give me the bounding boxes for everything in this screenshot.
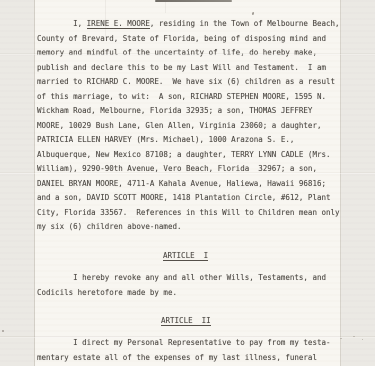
document-line: I direct my Personal Representative to p… [37, 336, 331, 351]
text-segment: County of Brevard, State of Florida, bei… [37, 34, 326, 43]
paragraph: I direct my Personal Representative to p… [37, 336, 331, 365]
document-line: I, IRENE E. MOORE, residing in the Town … [37, 17, 340, 32]
text-segment: and a son, DAVID SCOTT MOORE, 1418 Plant… [37, 193, 331, 202]
document-line: I hereby revoke any and all other Wills,… [37, 271, 326, 286]
scan-speck [2, 330, 4, 332]
paragraph: I hereby revoke any and all other Wills,… [37, 271, 326, 300]
text-segment: married to RICHARD C. MOORE. We have six… [37, 77, 335, 86]
scan-speck [340, 338, 342, 339]
document-line: Albuquerque, New Mexico 87108; a daughte… [37, 148, 340, 163]
document-line: married to RICHARD C. MOORE. We have six… [37, 75, 340, 90]
article-heading: ARTICLE I [163, 249, 208, 264]
document-line: DANIEL BRYAN MOORE, 4711-A Kahala Avenue… [37, 177, 340, 192]
underlined-name: IRENE E. MOORE [87, 19, 150, 29]
document-line: County of Brevard, State of Florida, bei… [37, 32, 340, 47]
document-line: of this marriage, to wit: A son, RICHARD… [37, 90, 340, 105]
text-segment: DANIEL BRYAN MOORE, 4711-A Kahala Avenue… [37, 179, 326, 188]
cutoff-title-underline [155, 0, 232, 2]
text-segment: Codicils heretofore made by me. [37, 288, 177, 297]
document-line: mentary estate all of the expenses of my… [37, 351, 331, 366]
document-line: William), 9290-90th Avenue, Vero Beach, … [37, 162, 340, 177]
text-segment: Albuquerque, New Mexico 87108; a daughte… [37, 150, 331, 159]
text-segment: , residing in the Town of Melbourne Beac… [150, 19, 340, 28]
fold-crease-vertical [165, 2, 166, 13]
document-line: Codicils heretofore made by me. [37, 286, 326, 301]
document-line: City, Florida 33567. References in this … [37, 206, 340, 221]
text-segment: PATRICIA ELLEN HARVEY (Mrs. Michael), 10… [37, 135, 294, 144]
text-segment: City, Florida 33567. References in this … [37, 208, 340, 217]
fold-crease-horizontal [0, 336, 375, 337]
article-heading-text: ARTICLE I [163, 251, 208, 261]
fold-crease-horizontal [0, 172, 375, 173]
text-segment: I direct my Personal Representative to p… [37, 338, 331, 347]
text-segment: Wickham Road, Melbourne, Florida 32935; … [37, 106, 312, 115]
document-line: and a son, DAVID SCOTT MOORE, 1418 Plant… [37, 191, 340, 206]
fold-crease-vertical [105, 0, 106, 38]
text-segment: publish and declare this to be my Last W… [37, 63, 326, 72]
document-line: Wickham Road, Melbourne, Florida 32935; … [37, 104, 340, 119]
document-line: publish and declare this to be my Last W… [37, 61, 340, 76]
text-segment: my six (6) children above-named. [37, 222, 182, 231]
article-heading: ARTICLE II [161, 314, 211, 329]
paragraph: I, IRENE E. MOORE, residing in the Town … [37, 17, 340, 235]
text-segment: MOORE, 10029 Bush Lane, Glen Allen, Virg… [37, 121, 321, 130]
fold-crease-horizontal [0, 53, 375, 54]
article-heading-text: ARTICLE II [161, 316, 211, 326]
text-segment: I hereby revoke any and all other Wills,… [37, 273, 326, 282]
text-segment: of this marriage, to wit: A son, RICHARD… [37, 92, 326, 101]
text-segment: I, [37, 19, 87, 28]
document-line: my six (6) children above-named. [37, 220, 340, 235]
document-line: MOORE, 10029 Bush Lane, Glen Allen, Virg… [37, 119, 340, 134]
document-line: PATRICIA ELLEN HARVEY (Mrs. Michael), 10… [37, 133, 340, 148]
scan-speck [362, 339, 363, 340]
text-segment: mentary estate all of the expenses of my… [37, 353, 317, 362]
scanned-will-page: I, IRENE E. MOORE, residing in the Town … [0, 0, 375, 366]
scan-speck [353, 336, 355, 337]
